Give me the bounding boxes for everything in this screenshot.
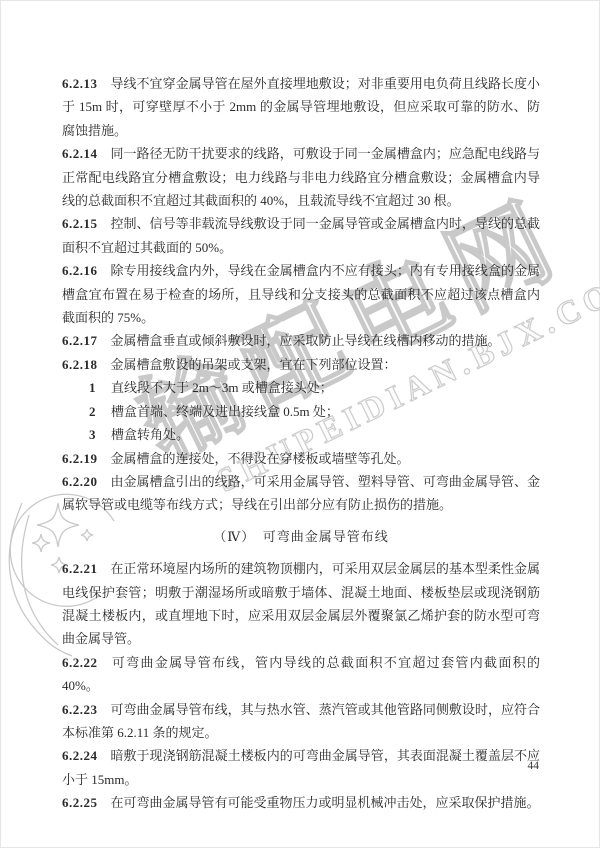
clause-text: 金属槽盒垂直或倾斜敷设时，应采取防止导线在线槽内移动的措施。	[111, 333, 501, 348]
clause-number: 1	[89, 380, 96, 395]
clause-number: 2	[89, 404, 96, 419]
clause-number: 6.2.20	[62, 474, 98, 489]
clause-6.2.22: 6.2.22可弯曲金属导管布线，管内导线的总截面积不宜超过套管内截面积的 40%…	[62, 651, 540, 698]
clause-text: 在可弯曲金属导管有可能受重物压力或明显机械冲击处，应采取保护措施。	[111, 795, 540, 810]
document-body: 6.2.13导线不宜穿金属导管在屋外直接埋地敷设；对非重要用电负荷且线路长度小于…	[62, 72, 540, 815]
clause-text: 金属槽盒敷设的吊架或支架，宜在下列部位设置：	[111, 357, 397, 372]
clause-text: 除专用接线盒内外，导线在金属槽盒内不应有接头；内有专用接线盒的金属槽盒宜布置在易…	[62, 263, 540, 325]
clause-6.2.23: 6.2.23可弯曲金属导管布线，其与热水管、蒸汽管或其他管路同侧敷设时，应符合本…	[62, 698, 540, 745]
clause-6.2.17: 6.2.17金属槽盒垂直或倾斜敷设时，应采取防止导线在线槽内移动的措施。	[62, 329, 540, 352]
clause-number: 6.2.15	[62, 216, 98, 231]
page-number: 44	[528, 760, 540, 772]
clause-text: 可弯曲金属导管布线，其与热水管、蒸汽管或其他管路同侧敷设时，应符合本标准第 6.…	[62, 702, 540, 740]
clause-number: 6.2.23	[62, 702, 98, 717]
clause-number: 6.2.18	[62, 357, 98, 372]
clause-6.2.13: 6.2.13导线不宜穿金属导管在屋外直接埋地敷设；对非重要用电负荷且线路长度小于…	[62, 72, 540, 142]
clause-6.2.14: 6.2.14同一路径无防干扰要求的线路，可敷设于同一金属槽盒内；应急配电线路与正…	[62, 142, 540, 212]
clause-6.2.16: 6.2.16除专用接线盒内外，导线在金属槽盒内不应有接头；内有专用接线盒的金属槽…	[62, 259, 540, 329]
clause-text: 同一路径无防干扰要求的线路，可敷设于同一金属槽盒内；应急配电线路与正常配电线路宜…	[62, 146, 540, 208]
subitem-3: 3槽盒转角处。	[62, 423, 540, 446]
clause-number: 6.2.24	[62, 748, 98, 763]
clause-number: 6.2.17	[62, 333, 98, 348]
clause-6.2.21: 6.2.21在正常环境屋内场所的建筑物顶棚内，可采用双层金属层的基本型柔性金属电…	[62, 557, 540, 651]
document-page: 输配电网 SHUPEIDIAN.BJX.COM.CN 6.2.13导线不宜穿金属…	[0, 0, 600, 848]
clause-number: 6.2.25	[62, 795, 98, 810]
clause-number: 6.2.16	[62, 263, 98, 278]
clause-6.2.19: 6.2.19金属槽盒的连接处，不得设在穿楼板或墙壁等孔处。	[62, 447, 540, 470]
clause-text: 导线不宜穿金属导管在屋外直接埋地敷设；对非重要用电负荷且线路长度小于 15m 时…	[62, 76, 540, 138]
clause-number: 6.2.19	[62, 451, 98, 466]
clause-number: 6.2.13	[62, 76, 98, 91]
subitem-2: 2槽盒首端、终端及进出接线盒 0.5m 处；	[62, 400, 540, 423]
clause-number: 6.2.14	[62, 146, 98, 161]
clause-text: 槽盒转角处。	[111, 427, 189, 442]
clause-6.2.20: 6.2.20由金属槽盒引出的线路，可采用金属导管、塑料导管、可弯曲金属导管、金属…	[62, 470, 540, 517]
clause-text: 可弯曲金属导管布线，管内导线的总截面积不宜超过套管内截面积的 40%。	[62, 655, 540, 693]
clause-text: 槽盒首端、终端及进出接线盒 0.5m 处；	[111, 404, 339, 419]
clause-6.2.15: 6.2.15控制、信号等非载流导线敷设于同一金属导管或金属槽盒内时，导线的总截面…	[62, 212, 540, 259]
section-heading: （Ⅳ） 可弯曲金属导管布线	[62, 525, 540, 548]
clause-text: 由金属槽盒引出的线路，可采用金属导管、塑料导管、可弯曲金属导管、金属软导管或电缆…	[62, 474, 540, 512]
clause-text: 直线段不大于 2m～3m 或槽盒接头处；	[111, 380, 333, 395]
clause-number: 6.2.22	[62, 655, 98, 670]
clause-number: 6.2.21	[62, 561, 98, 576]
clause-text: 在正常环境屋内场所的建筑物顶棚内，可采用双层金属层的基本型柔性金属电线保护套管；…	[62, 561, 540, 646]
clause-text: 金属槽盒的连接处，不得设在穿楼板或墙壁等孔处。	[111, 451, 410, 466]
clause-number: 3	[89, 427, 96, 442]
clause-6.2.24: 6.2.24暗敷于现浇钢筋混凝土楼板内的可弯曲金属导管，其表面混凝土覆盖层不应小…	[62, 744, 540, 791]
clause-text: 暗敷于现浇钢筋混凝土楼板内的可弯曲金属导管，其表面混凝土覆盖层不应小于 15mm…	[62, 748, 540, 786]
subitem-1: 1直线段不大于 2m～3m 或槽盒接头处；	[62, 376, 540, 399]
clause-6.2.18: 6.2.18金属槽盒敷设的吊架或支架，宜在下列部位设置：	[62, 353, 540, 376]
clause-6.2.25: 6.2.25在可弯曲金属导管有可能受重物压力或明显机械冲击处，应采取保护措施。	[62, 791, 540, 814]
clause-text: 控制、信号等非载流导线敷设于同一金属导管或金属槽盒内时，导线的总截面积不宜超过其…	[62, 216, 540, 254]
